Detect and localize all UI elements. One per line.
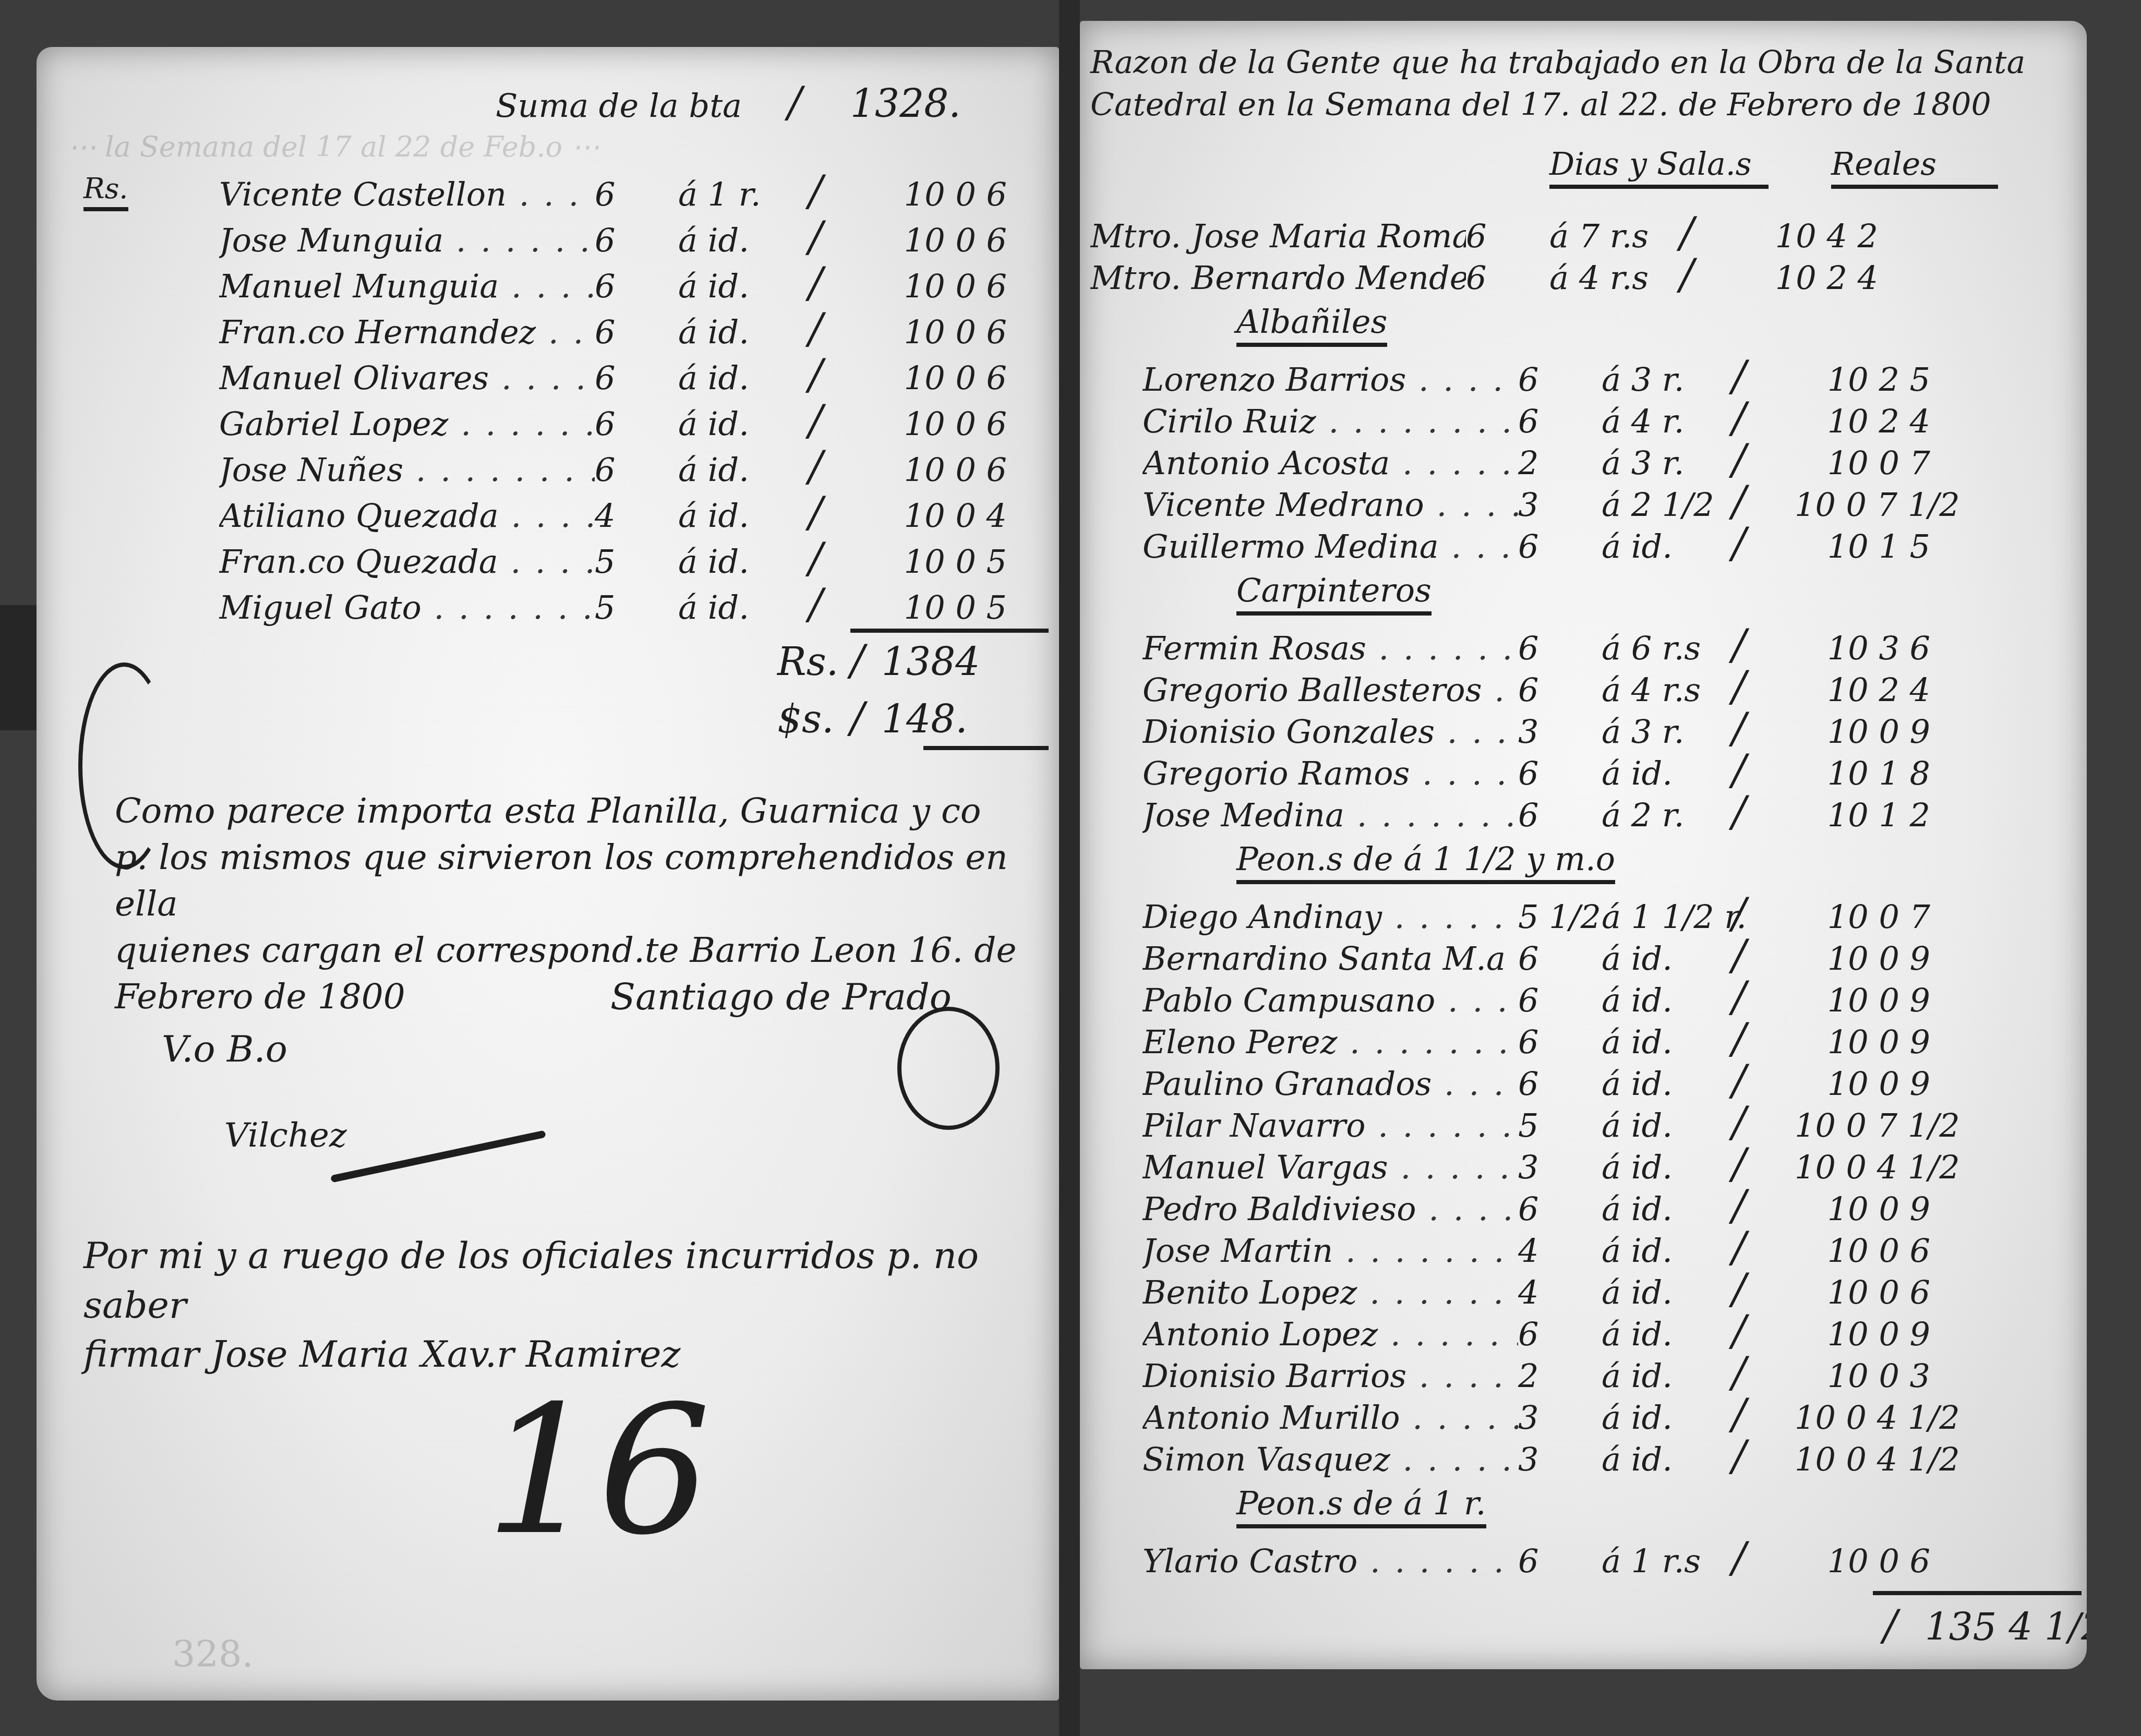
daily-rate: á id.	[1602, 1190, 1732, 1228]
days-worked: 5 1/2	[1518, 898, 1602, 936]
carry-over-label: Suma de la bta	[496, 87, 788, 125]
days-worked: 6	[1518, 527, 1602, 565]
worker-name: Lorenzo Barrios	[1142, 360, 1518, 399]
slash-mark: /	[809, 259, 871, 307]
daily-rate: á id.	[1602, 1232, 1732, 1270]
days-worked: 6	[1518, 754, 1602, 792]
carry-over-row: Suma de la bta / 1328.	[496, 78, 961, 127]
table-row: Simon Vasquez3á id./10 0 4 1/2	[1142, 1432, 1930, 1480]
amount-reales: 10 2 5	[1795, 360, 1930, 399]
worker-name: Simon Vasquez	[1142, 1440, 1518, 1478]
days-worked: 6	[1518, 981, 1602, 1019]
total-pesos: $s. / 148.	[777, 694, 968, 742]
page-heading: Razon de la Gente que ha trabajado en la…	[1090, 42, 2082, 126]
signature-note: Por mi y a ruego de los oficiales incurr…	[83, 1231, 1059, 1379]
daily-rate: á id.	[1602, 527, 1732, 565]
daily-rate: á 2 r.	[1602, 796, 1732, 834]
daily-rate: á id.	[1602, 1399, 1732, 1437]
worker-name: Mtro. Bernardo Mendez	[1090, 259, 1466, 297]
worker-name: Antonio Murillo	[1142, 1399, 1518, 1437]
amount-reales: 10 0 6	[871, 175, 1007, 213]
days-worked: 3	[1518, 1399, 1602, 1437]
amount-reales: 10 4 2	[1742, 217, 1878, 255]
worker-name: Antonio Lopez	[1142, 1315, 1518, 1353]
days-worked: 5	[595, 588, 678, 626]
table-row: Atiliano Quezada4á id./10 0 4	[219, 488, 1007, 537]
slash-mark: /	[809, 442, 871, 491]
slash-mark: /	[809, 396, 871, 445]
daily-rate: á id.	[1602, 1065, 1732, 1103]
daily-rate: á 1 1/2 r.	[1602, 898, 1732, 936]
days-worked: 6	[1518, 1542, 1602, 1580]
amount-reales: 10 0 9	[1795, 713, 1930, 751]
table-row: Gabriel Lopez6á id./10 0 6	[219, 396, 1007, 445]
faint-page-number: 328.	[172, 1633, 254, 1675]
daily-rate: á id.	[678, 588, 809, 626]
worker-name: Mtro. Jose Maria Roman	[1090, 217, 1466, 255]
worker-name: Fran.co Hernandez	[219, 313, 595, 351]
days-worked: 6	[595, 175, 678, 213]
amount-reales: 10 0 9	[1795, 939, 1930, 978]
slash-mark: /	[809, 305, 871, 353]
worker-name: Manuel Vargas	[1142, 1148, 1518, 1186]
days-worked: 6	[1466, 217, 1549, 255]
days-worked: 6	[1518, 671, 1602, 709]
amount-reales: 10 0 4 1/2	[1795, 1440, 1930, 1478]
amount-reales: 10 1 8	[1795, 754, 1930, 792]
table-row: Jose Munguia6á id./10 0 6	[219, 213, 1007, 261]
amount-reales: 10 0 9	[1795, 1065, 1930, 1103]
amount-reales: 10 2 4	[1795, 671, 1930, 709]
header-days-salary: Dias y Sala.s	[1549, 146, 1769, 189]
vobo-mark: V.o B.o	[162, 1028, 287, 1070]
days-worked: 4	[1518, 1273, 1602, 1311]
days-worked: 4	[1518, 1232, 1602, 1270]
amount-reales: 10 0 7 1/2	[1795, 486, 1930, 524]
amount-reales: 10 0 7 1/2	[1795, 1106, 1930, 1144]
worker-name: Gabriel Lopez	[219, 405, 595, 443]
table-row: Fran.co Hernandez6á id./10 0 6	[219, 305, 1007, 353]
days-worked: 6	[595, 267, 678, 305]
days-worked: 3	[1518, 1440, 1602, 1478]
slash-mark: /	[1732, 1432, 1795, 1480]
worker-name: Antonio Acosta	[1142, 444, 1518, 482]
daily-rate: á 4 r.s	[1549, 259, 1680, 297]
days-worked: 3	[1518, 713, 1602, 751]
amount-reales: 10 3 6	[1795, 629, 1930, 667]
daily-rate: á id.	[1602, 1440, 1732, 1478]
slash-mark: /	[1732, 1534, 1795, 1582]
left-page: Suma de la bta / 1328. ⋯ la Semana del 1…	[37, 47, 1059, 1701]
daily-rate: á id.	[1602, 1315, 1732, 1353]
daily-rate: á 4 r.	[1602, 402, 1732, 440]
grand-total-rule	[1873, 1591, 2082, 1595]
daily-rate: á id.	[1602, 1273, 1732, 1311]
amount-reales: 10 0 5	[871, 542, 1007, 581]
days-worked: 6	[1518, 1023, 1602, 1061]
table-row: Manuel Olivares6á id./10 0 6	[219, 351, 1007, 399]
days-worked: 6	[595, 221, 678, 259]
amount-reales: 10 2 4	[1795, 402, 1930, 440]
worker-name: Manuel Olivares	[219, 359, 595, 397]
days-worked: 5	[1518, 1106, 1602, 1144]
slash-mark: /	[1732, 788, 1795, 836]
daily-rate: á id.	[678, 267, 809, 305]
days-worked: 6	[1518, 629, 1602, 667]
worker-name: Pablo Campusano	[1142, 981, 1518, 1019]
amount-reales: 10 0 6	[871, 451, 1007, 489]
amount-reales: 10 0 4 1/2	[1795, 1399, 1930, 1437]
worker-name: Jose Medina	[1142, 796, 1518, 834]
margin-label: Rs.	[83, 172, 128, 211]
worker-name: Diego Andinay	[1142, 898, 1518, 936]
days-worked: 6	[1466, 259, 1549, 297]
amount-reales: 10 0 6	[1795, 1542, 1930, 1580]
worker-name: Cirilo Ruiz	[1142, 402, 1518, 440]
daily-rate: á id.	[678, 313, 809, 351]
section-title: Peon.s de á 1 r.	[1236, 1484, 1486, 1528]
worker-name: Manuel Munguia	[219, 267, 595, 305]
total-reales: Rs. / 1384	[777, 636, 980, 685]
amount-reales: 10 0 7	[1795, 444, 1930, 482]
amount-reales: 10 0 9	[1795, 981, 1930, 1019]
daily-rate: á 3 r.	[1602, 360, 1732, 399]
amount-reales: 10 0 7	[1795, 898, 1930, 936]
rubric-stroke	[330, 1130, 546, 1183]
daily-rate: á id.	[1602, 1148, 1732, 1186]
right-page: Razon de la Gente que ha trabajado en la…	[1080, 21, 2087, 1669]
section-title: Peon.s de á 1 1/2 y m.o	[1236, 840, 1615, 884]
days-worked: 6	[1518, 402, 1602, 440]
daily-rate: á id.	[678, 359, 809, 397]
slash-mark: /	[1732, 519, 1795, 568]
amount-reales: 10 0 9	[1795, 1190, 1930, 1228]
days-worked: 6	[595, 405, 678, 443]
worker-name: Miguel Gato	[219, 588, 595, 626]
days-worked: 6	[1518, 1065, 1602, 1103]
worker-name: Fermin Rosas	[1142, 629, 1518, 667]
worker-name: Dionisio Barrios	[1142, 1357, 1518, 1395]
worker-name: Bernardino Santa M.a	[1142, 939, 1518, 978]
worker-name: Guillermo Medina	[1142, 527, 1518, 565]
amount-reales: 10 0 3	[1795, 1357, 1930, 1395]
days-worked: 6	[1518, 360, 1602, 399]
worker-name: Jose Nuñes	[219, 451, 595, 489]
amount-reales: 10 0 6	[871, 267, 1007, 305]
daily-rate: á 2 1/2	[1602, 486, 1732, 524]
worker-name: Jose Munguia	[219, 221, 595, 259]
slash-mark: /	[809, 351, 871, 399]
days-worked: 6	[1518, 796, 1602, 834]
days-worked: 4	[595, 497, 678, 535]
days-worked: 3	[1518, 1148, 1602, 1186]
slash-mark: /	[809, 167, 871, 215]
daily-rate: á 1 r.s	[1602, 1542, 1732, 1580]
daily-rate: á 3 r.	[1602, 713, 1732, 751]
worker-name: Ylario Castro	[1142, 1542, 1518, 1580]
amount-reales: 10 0 6	[871, 221, 1007, 259]
section-title: Carpinteros	[1236, 571, 1432, 616]
amount-reales: 10 0 6	[871, 359, 1007, 397]
total-rule	[850, 629, 1049, 633]
daily-rate: á 7 r.s	[1549, 217, 1680, 255]
slash-mark: /	[809, 488, 871, 537]
table-row: Jose Nuñes6á id./10 0 6	[219, 442, 1007, 491]
worker-name: Pilar Navarro	[1142, 1106, 1518, 1144]
days-worked: 6	[1518, 939, 1602, 978]
daily-rate: á 3 r.	[1602, 444, 1732, 482]
daily-rate: á id.	[678, 405, 809, 443]
days-worked: 6	[595, 451, 678, 489]
total-rule-2	[923, 746, 1049, 750]
worker-name: Eleno Perez	[1142, 1023, 1518, 1061]
days-worked: 6	[595, 359, 678, 397]
table-row: Vicente Castellon6á 1 r./10 0 6	[219, 167, 1007, 215]
days-worked: 2	[1518, 444, 1602, 482]
table-row: Manuel Munguia6á id./10 0 6	[219, 259, 1007, 307]
days-worked: 3	[1518, 486, 1602, 524]
amount-reales: 10 0 6	[1795, 1232, 1930, 1270]
worker-name: Gregorio Ballesteros	[1142, 671, 1518, 709]
book-gutter	[1059, 0, 1080, 1736]
daily-rate: á id.	[1602, 939, 1732, 978]
daily-rate: á id.	[678, 497, 809, 535]
slash-mark: /	[1680, 250, 1742, 299]
worker-name: Paulino Granados	[1142, 1065, 1518, 1103]
days-worked: 6	[595, 313, 678, 351]
daily-rate: á 1 r.	[678, 175, 809, 213]
worker-name: Benito Lopez	[1142, 1273, 1518, 1311]
amount-reales: 10 0 4 1/2	[1795, 1148, 1930, 1186]
table-row: Miguel Gato5á id./10 0 5	[219, 580, 1007, 629]
amount-reales: 10 0 6	[871, 313, 1007, 351]
signature-vilchez: Vilchez	[224, 1116, 347, 1155]
days-worked: 6	[1518, 1190, 1602, 1228]
daily-rate: á id.	[678, 451, 809, 489]
table-row: Guillermo Medina6á id./10 1 5	[1142, 519, 1930, 568]
daily-rate: á 4 r.s	[1602, 671, 1732, 709]
column-headers: Dias y Sala.s Reales	[1549, 146, 1998, 189]
folio-mark: 16	[485, 1382, 711, 1560]
slash-mark: /	[809, 580, 871, 629]
header-reales: Reales	[1831, 146, 1998, 189]
bleed-through-text: ⋯ la Semana del 17 al 22 de Feb.o ⋯	[68, 130, 599, 163]
rubric-flourish	[897, 1007, 1000, 1130]
worker-name: Fran.co Quezada	[219, 542, 595, 581]
amount-reales: 10 2 4	[1742, 259, 1878, 297]
worker-name: Jose Martin	[1142, 1232, 1518, 1270]
daily-rate: á id.	[1602, 1357, 1732, 1395]
worker-name: Vicente Castellon	[219, 175, 595, 213]
signature-santiago-de-prado: Santiago de Prado	[610, 975, 952, 1018]
amount-reales: 10 0 4	[871, 497, 1007, 535]
daily-rate: á id.	[1602, 981, 1732, 1019]
worker-name: Atiliano Quezada	[219, 497, 595, 535]
daily-rate: á id.	[678, 221, 809, 259]
worker-name: Pedro Baldivieso	[1142, 1190, 1518, 1228]
amount-reales: 10 0 5	[871, 588, 1007, 626]
daily-rate: á id.	[1602, 1106, 1732, 1144]
table-row: Mtro. Bernardo Mendez6á 4 r.s/10 2 4	[1090, 250, 1878, 299]
amount-reales: 10 1 2	[1795, 796, 1930, 834]
grand-total: / 135 4 1/2	[1883, 1601, 2087, 1650]
worker-name: Dionisio Gonzales	[1142, 713, 1518, 751]
slash-mark: /	[809, 213, 871, 261]
worker-name: Vicente Medrano	[1142, 486, 1518, 524]
slash-mark: /	[788, 78, 850, 127]
section-title: Albañiles	[1236, 303, 1387, 347]
daily-rate: á 6 r.s	[1602, 629, 1732, 667]
daily-rate: á id.	[678, 542, 809, 581]
table-row: Jose Medina6á 2 r./10 1 2	[1142, 788, 1930, 836]
days-worked: 5	[595, 542, 678, 581]
daily-rate: á id.	[1602, 754, 1732, 792]
amount-reales: 10 0 6	[1795, 1273, 1930, 1311]
amount-reales: 10 0 9	[1795, 1023, 1930, 1061]
days-worked: 2	[1518, 1357, 1602, 1395]
carry-over-value: 1328.	[850, 81, 961, 126]
days-worked: 6	[1518, 1315, 1602, 1353]
daily-rate: á id.	[1602, 1023, 1732, 1061]
table-row: Fran.co Quezada5á id./10 0 5	[219, 534, 1007, 583]
table-row: Ylario Castro6á 1 r.s/10 0 6	[1142, 1534, 1930, 1582]
amount-reales: 10 0 9	[1795, 1315, 1930, 1353]
amount-reales: 10 0 6	[871, 405, 1007, 443]
worker-name: Gregorio Ramos	[1142, 754, 1518, 792]
amount-reales: 10 1 5	[1795, 527, 1930, 565]
slash-mark: /	[809, 534, 871, 583]
